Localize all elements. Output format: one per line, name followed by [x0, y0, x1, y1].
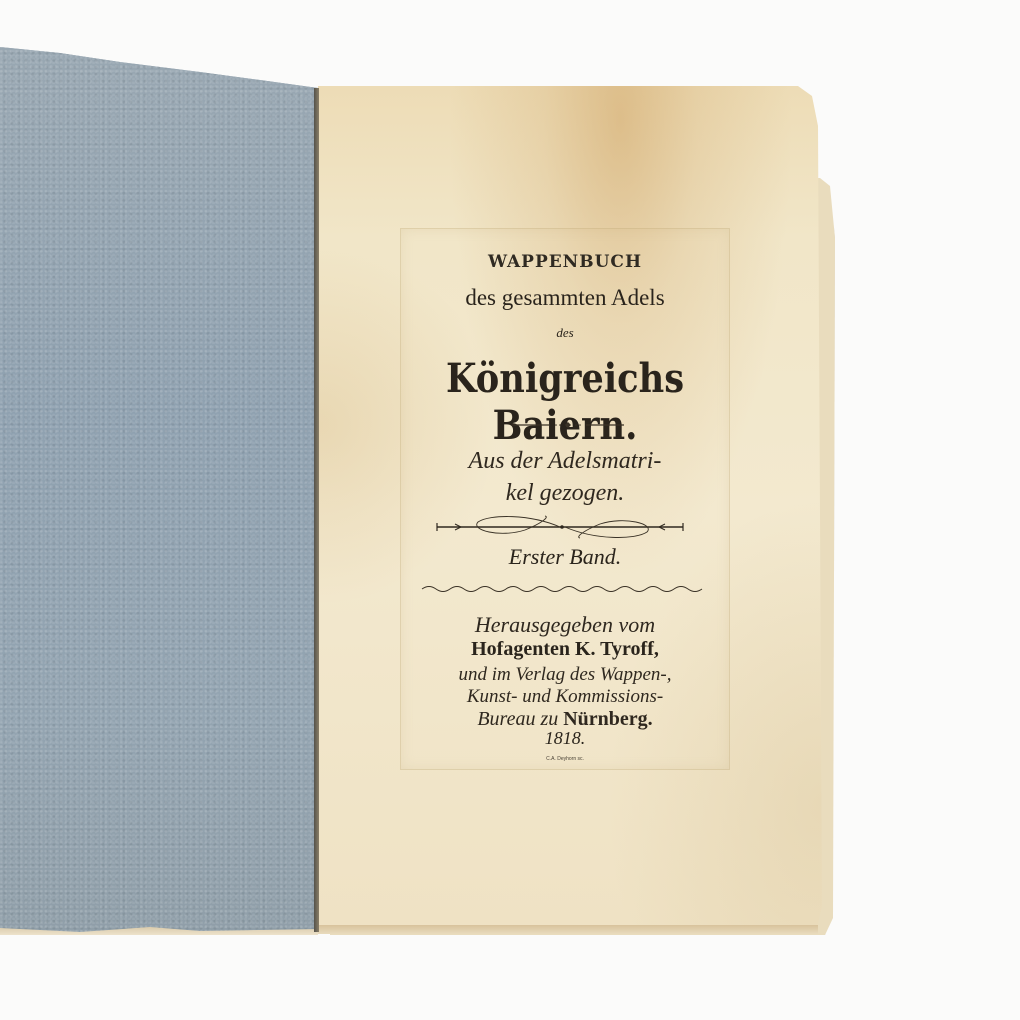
publisher-name: Hofagenten K. Tyroff,	[400, 638, 730, 661]
loop-flourish-icon	[400, 512, 730, 542]
publisher-line-3: und im Verlag des Wappen-,	[400, 664, 730, 686]
publisher-line-1: Herausgegeben vom	[400, 612, 730, 638]
book-subtitle: des gesammten Adels	[400, 285, 730, 311]
page-edge	[318, 925, 818, 934]
publisher-city: Nürnberg.	[563, 708, 652, 730]
spine-gutter	[314, 88, 319, 932]
publisher-line-4: Kunst- und Kommissions-	[400, 686, 730, 708]
wavy-rule-icon	[400, 580, 730, 596]
publication-year: 1818.	[400, 728, 730, 749]
photo-scene: WAPPENBUCH des gesammten Adels des König…	[0, 0, 1020, 1020]
kingdom-title: Königreichs Baiern.	[420, 355, 710, 449]
volume-label: Erster Band.	[400, 544, 730, 570]
source-line-1: Aus der Adelsmatri-	[400, 448, 730, 475]
publisher-bureau-text: Bureau zu	[477, 708, 558, 730]
ornament-rule-icon	[400, 418, 730, 432]
book-title: WAPPENBUCH	[400, 252, 730, 272]
source-line-2: kel gezogen.	[400, 480, 730, 507]
marbled-cover	[0, 0, 318, 1020]
engraver-credit: C.A. Deyhorn sc.	[400, 756, 730, 762]
connector-text: des	[400, 325, 730, 341]
